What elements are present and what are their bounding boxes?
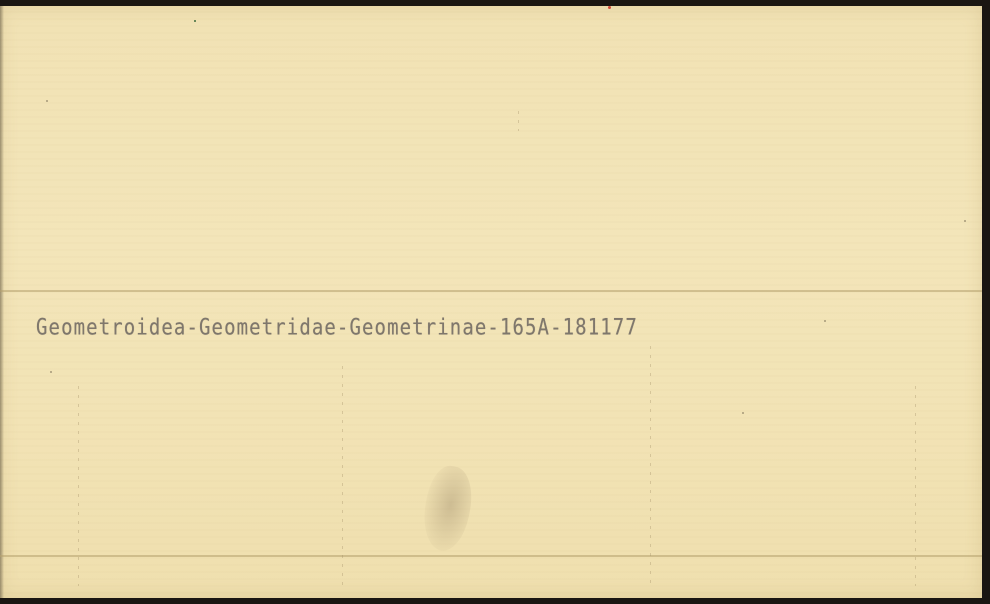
- paper-crease: [650, 346, 651, 586]
- dust-speck: [964, 220, 966, 222]
- paper-crease: [342, 366, 343, 586]
- red-speck: [608, 6, 611, 9]
- taxonomy-label: Geometroidea-Geometridae-Geometrinae-165…: [36, 315, 638, 340]
- paper-crease: [915, 386, 916, 586]
- scanned-card-viewport: Geometroidea-Geometridae-Geometrinae-165…: [0, 0, 990, 604]
- card-ruled-line: [0, 290, 982, 292]
- paper-crease: [78, 386, 79, 586]
- index-card: Geometroidea-Geometridae-Geometrinae-165…: [0, 6, 982, 598]
- dust-speck: [50, 371, 52, 373]
- dust-speck: [46, 100, 48, 102]
- card-ruled-line: [0, 555, 982, 557]
- ink-smudge: [417, 462, 479, 554]
- dust-speck: [824, 320, 826, 322]
- green-speck: [194, 20, 196, 22]
- dust-speck: [742, 412, 744, 414]
- paper-crease: [518, 111, 519, 131]
